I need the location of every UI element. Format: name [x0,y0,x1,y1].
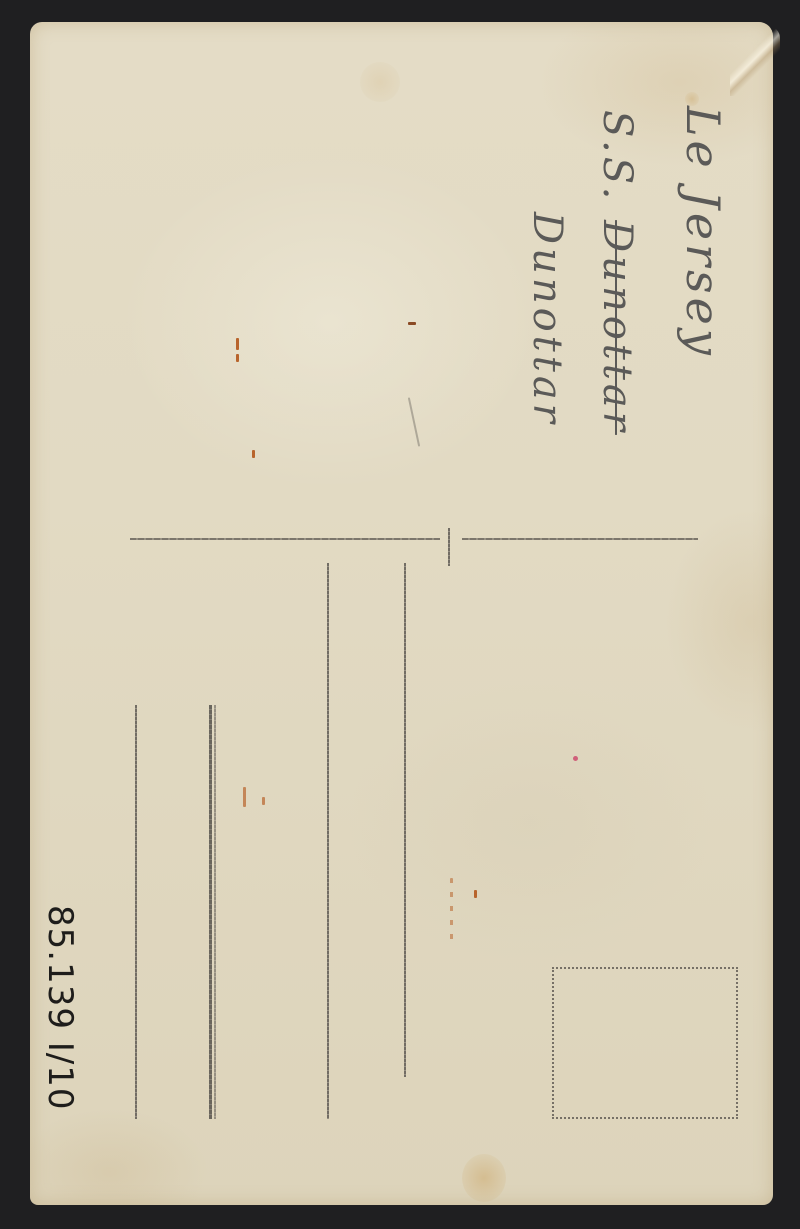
catalog-number: 85.139 I/10 [40,905,80,1111]
address-line-2b [214,705,216,1119]
stain [462,1154,506,1202]
rust-speck [236,338,239,350]
stain [360,62,400,102]
pink-speck [573,756,578,761]
address-line-4 [404,563,406,1077]
pencil-mark [408,397,420,446]
handwritten-line-3: Dunottar [524,212,570,427]
handwritten-line-2: S.S. Dunottar [594,110,640,435]
stain [685,92,699,106]
divider-left [130,538,440,540]
rust-speck [408,322,416,325]
rust-speck [236,354,239,362]
rust-speck [262,797,265,805]
address-line-3 [327,563,329,1119]
handwritten-line-1: Le Jersey [676,106,730,359]
rust-speck [252,450,255,458]
rust-speck [450,878,453,948]
divider-center-tick [448,528,450,566]
divider-right [462,538,698,540]
rust-speck [243,787,246,807]
rust-speck [474,890,477,898]
address-line-2 [209,705,212,1119]
address-line-1 [135,705,137,1119]
struck-out-word: Dunottar [594,220,640,435]
corner-crease [730,26,780,96]
postcard-back: Le Jersey S.S. Dunottar Dunottar [30,22,773,1205]
stamp-box [552,967,738,1119]
